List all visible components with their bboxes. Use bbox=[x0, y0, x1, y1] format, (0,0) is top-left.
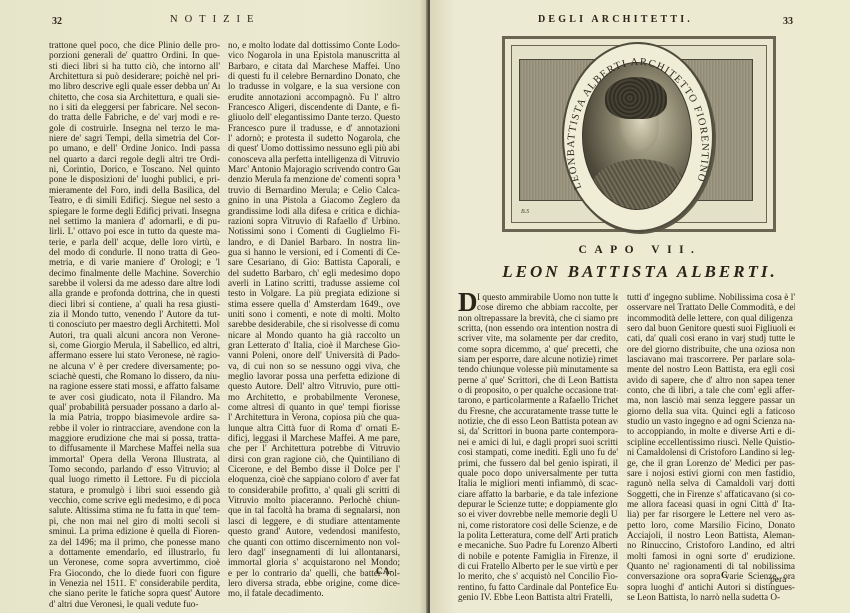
text-line: sare i nojosi estivi giorni con men fast… bbox=[627, 468, 795, 478]
text-line: conto, che di libri, a tale che com' egl… bbox=[627, 385, 795, 395]
text-line: lunque altra Città fuor di Roma d' ornat… bbox=[228, 423, 400, 433]
text-line: no Rinuccino, Cristoforo Landino, ed alt… bbox=[627, 540, 795, 550]
text-line: salute. Altissima stima ne fu fatta in q… bbox=[49, 505, 220, 515]
text-line: no i siti da eleggersi per fabricare. Ne… bbox=[49, 102, 220, 112]
text-line: Notissimi sono i Comenti di Guglielmo Fi… bbox=[228, 226, 400, 236]
text-line: Fra Giocondo, che lo diede fuori con fig… bbox=[49, 568, 220, 578]
text-line: lirli. L' ottavo poi esce in tutto da qu… bbox=[49, 226, 220, 236]
text-line: lo merito, che s' acquistò nel Concilio … bbox=[458, 571, 618, 581]
text-line: come altresì di quanto in que' tempi fio… bbox=[228, 402, 400, 412]
text-line: ciare affatto la barbarie, e da tale inf… bbox=[458, 489, 618, 499]
text-line: to accoppiando, in molte e diverse Arti … bbox=[627, 426, 795, 436]
text-line: lero diversa strada, ebbe origine, come … bbox=[228, 578, 400, 588]
medallion-legend-text: LEONBATTISTA ALBERTI ARCHITETTO FIORENTI… bbox=[564, 44, 712, 230]
text-line: qual' probabilità persuader possano a da… bbox=[49, 402, 220, 412]
text-line: ni, Corintio, Dorico, e Toscano. Nel qui… bbox=[49, 164, 220, 174]
svg-text:LEONBATTISTA ALBERTI ARCHITETT: LEONBATTISTA ALBERTI ARCHITETTO FIORENTI… bbox=[566, 57, 710, 191]
text-line: si, come Giorgio Merula, il Sabellico, e… bbox=[49, 340, 220, 350]
text-line: razioni sopra Vitruvio di Rafaello d' Ur… bbox=[228, 216, 400, 226]
text-line: Acciajoli, il nostro Leon Battista, Alem… bbox=[627, 530, 795, 540]
text-line: Francesco Aligeri, discendente di Dante,… bbox=[228, 102, 400, 112]
text-line: immortal' Opera della Verona Illustrata,… bbox=[49, 454, 220, 464]
text-line: me allora faceasi quasi in ogni Città d'… bbox=[627, 499, 795, 509]
text-line: notizie, che di esso Leon Battista potea… bbox=[458, 416, 618, 426]
text-line: statura, e promulgò i libri suoi essendo… bbox=[49, 485, 220, 495]
text-line: grandissime lodi alla difesa e critica e… bbox=[228, 206, 400, 216]
text-line: scriver vite, ma solamente per dar credi… bbox=[458, 333, 618, 343]
catchword-right: pera bbox=[770, 575, 786, 585]
text-line: denzio Merula fa menzione de' comenti so… bbox=[228, 174, 400, 184]
text-line: nicare al Mondo quanto ha già raccolto u… bbox=[228, 330, 400, 340]
text-line: che per l' Architettura potrebbe di Vitr… bbox=[228, 443, 400, 453]
text-line: molti famosi in ogni sorte d' erudizione… bbox=[627, 551, 795, 561]
engraver-mark: B.S bbox=[521, 209, 529, 215]
text-line: landro, e di Daniel Barbaro. In nostra l… bbox=[228, 237, 400, 247]
text-line: gliuolo dell' elegantissimo Dante terzo.… bbox=[228, 112, 400, 122]
text-line: ni Camaldolensi di Cristoforo Landino si… bbox=[627, 447, 795, 457]
text-line: porzioni generali de' quattro Ordini. In… bbox=[49, 50, 220, 60]
text-line: se Leon Battista, lo narrò nella sudetta… bbox=[627, 592, 795, 602]
text-line: gnino in una Pistola a Giacomo Zeglero d… bbox=[228, 195, 400, 205]
text-line: di nobile e potente Famiglia in Firenze,… bbox=[458, 551, 618, 561]
text-line: ragunò nella selva di Camaldoli varj dot… bbox=[627, 478, 795, 488]
text-line: sciachè questi, che Romano lo dissero, d… bbox=[49, 371, 220, 381]
text-line: sarebbe il volersi da me adesso dare alt… bbox=[49, 278, 220, 288]
text-line: così stampati, come inediti. Egli uno fu… bbox=[458, 447, 618, 457]
text-line: sminuì. La prima edizione è quella di Fi… bbox=[49, 526, 220, 536]
text-line: na ragione essere stati mossi, e affatto… bbox=[49, 381, 220, 391]
text-line: vanni Poleni, onore dell' Università di … bbox=[228, 350, 400, 360]
page-number-left: 32 bbox=[52, 16, 62, 27]
text-line: gole di costruirle. Insegna nel terzo le… bbox=[49, 123, 220, 133]
text-line: e mecaniche. Suo Padre fu Lorenzo Albert… bbox=[458, 540, 618, 550]
text-line: erudite annotazioni accompagnò. Fu l' al… bbox=[228, 92, 400, 102]
text-line: pi, che non mai nel giro di molti secoli… bbox=[49, 516, 220, 526]
text-line: Teatro, e di simili Edificj. Siegue nel … bbox=[49, 195, 220, 205]
text-line: Marc' Antonio Majoragio scrivendo contro… bbox=[228, 164, 400, 174]
text-line: ti conosciuto per maestro degli Architet… bbox=[49, 319, 220, 329]
left-column-1: trattone quel poco, che dice Plinio dell… bbox=[49, 40, 220, 609]
signature-mark: C bbox=[721, 571, 728, 581]
text-line: ge, che il gran Lorenzo de' Medici per p… bbox=[627, 458, 795, 468]
text-line: mente del nostro Leon Battista, era egli… bbox=[627, 364, 795, 374]
text-line: qual luogo rimetto il Lettore. Fu di pic… bbox=[49, 474, 220, 484]
text-line: po umano, e dell' Ordine Jonico. Indi pa… bbox=[49, 143, 220, 153]
text-line: terie, e parla dell' acque, delle loro v… bbox=[49, 237, 220, 247]
text-line: tutti d' ingegno sublime. Nobilissima co… bbox=[627, 292, 795, 302]
text-line: scritta, (non essendo ora intention nost… bbox=[458, 323, 618, 333]
running-head-left: NOTIZIE bbox=[170, 14, 260, 25]
text-line: I questo ammirabile Uomo non tutte le bbox=[458, 292, 618, 302]
text-line: lasciavano mai trascorrere. Per parlare … bbox=[627, 354, 795, 364]
text-line: lero dagl' insegnamenti di lui allontana… bbox=[228, 547, 400, 557]
text-line: genio IV. Ebbe Leon Battista altri Frate… bbox=[458, 592, 618, 602]
text-line: di questi fu il celebre Bernardino Donat… bbox=[228, 71, 400, 81]
text-line: averli in Latino scritti, tradusse assie… bbox=[228, 278, 400, 288]
text-line: si, da' Scrittori in buona parte contemp… bbox=[458, 426, 618, 436]
text-line: di quest' Uomo dottissimo nessuno egli p… bbox=[228, 143, 400, 153]
text-line: sarebbe desiderabile, che si risolvesse … bbox=[228, 319, 400, 329]
right-column-2: tutti d' ingegno sublime. Nobilissima co… bbox=[627, 292, 795, 602]
left-column-2: no, e molto lodate dal dottissimo Conte … bbox=[228, 40, 400, 599]
text-line: quale poco dopo universalmente per tutta bbox=[458, 468, 618, 478]
text-line: uniti sono i comenti, e note di molti. M… bbox=[228, 309, 400, 319]
text-line: meglio lavorar possa una perfetta edizio… bbox=[228, 371, 400, 381]
text-line: ni, come ristoratore così delle Scienze,… bbox=[458, 520, 618, 530]
text-line: pone le disposizioni de' luoghi publici,… bbox=[49, 174, 220, 184]
text-line: Vitruvio molto piaceranno. Perlochè chiu… bbox=[228, 495, 400, 505]
text-line: questo Autore. Dell' altro Vitruvio, pur… bbox=[228, 381, 400, 391]
text-line: o di proposito, o per qualche occasione … bbox=[458, 385, 618, 395]
text-line: questo grand' Autore, vedendosi manifest… bbox=[228, 526, 400, 536]
text-line: truvio di Bernardino Merula; e Celio Cal… bbox=[228, 185, 400, 195]
text-line: chitetto, che cosa sia Architettura, e q… bbox=[49, 92, 220, 102]
text-line: trattone quel poco, che dice Plinio dell… bbox=[49, 40, 220, 50]
text-line: rentino, fu fatto Cardinale dal Pontefic… bbox=[458, 582, 618, 592]
text-line: ne alcuna v' è per credere diversamente;… bbox=[49, 361, 220, 371]
text-line: l' Architettura in Verona, copiosa più c… bbox=[228, 412, 400, 422]
text-line: avido di sapere, che d' altro non sapea … bbox=[627, 375, 795, 385]
text-line: spiegare le forme degli Edificj privati.… bbox=[49, 206, 220, 216]
text-line: incommodità delle lettere, con qual dili… bbox=[627, 313, 795, 323]
text-line: mo Architetto, e probabilmente Veronese, bbox=[228, 392, 400, 402]
text-line: di cui Fratello Alberto per le sue virtù… bbox=[458, 561, 618, 571]
text-line: del modo di condurle. Il nono tratta di … bbox=[49, 247, 220, 257]
text-line: osservare nel Trattato Delle Commodità, … bbox=[627, 302, 795, 312]
chapter-number: CAPO VII. bbox=[430, 244, 850, 256]
text-line: e per lo contrario da' quelli, che batte… bbox=[228, 568, 400, 578]
text-line: a dottamente emendarlo, ed illustrarlo, … bbox=[49, 547, 220, 557]
text-line: nei e amici di lui, e dagli propri suoi … bbox=[458, 437, 618, 447]
portrait-engraving: LEONBATTISTA ALBERTI ARCHITETTO FIORENTI… bbox=[502, 36, 776, 232]
text-line: dificj, leggasi il Marchese Maffei. A me… bbox=[228, 433, 400, 443]
text-line: maggiore erudizione che mai si possa, tr… bbox=[49, 433, 220, 443]
portrait-medallion: LEONBATTISTA ALBERTI ARCHITETTO FIORENTI… bbox=[562, 42, 714, 232]
text-line: alla grande e profonda dottrina, che in … bbox=[49, 288, 220, 298]
text-line: dieci libri si contiene, a' quali ha res… bbox=[49, 299, 220, 309]
text-line: vico Nogarola in una Epistola manuscritt… bbox=[228, 50, 400, 60]
text-line: za del 1496; ma il primo, che ponesse ma… bbox=[49, 537, 220, 547]
text-line: come sopra dicemmo, a' que' precetti, ch… bbox=[458, 344, 618, 354]
text-line: testo in Volgare. La più pregiata edizio… bbox=[228, 288, 400, 298]
text-line: Francesco pure il tradusse, e d' annotaz… bbox=[228, 123, 400, 133]
text-line: mo libro descrive egli quale esser debba… bbox=[49, 81, 220, 91]
text-line: un Veronese, come sopra avvertimmo, cioè bbox=[49, 557, 220, 567]
text-line: cati, da' quali così erano in varj studj… bbox=[627, 333, 795, 343]
left-page: 32 NOTIZIE trattone quel poco, che dice … bbox=[0, 0, 428, 613]
text-line: perne a' que' Scrittori, che di Leon Bat… bbox=[458, 375, 618, 385]
text-line: Tomo secondo, parlando d' esso Vitruvio;… bbox=[49, 464, 220, 474]
right-column-1: I questo ammirabile Uomo non tutte lecos… bbox=[458, 292, 618, 602]
text-line: Italia le migliori menti infiammò, di sc… bbox=[458, 478, 618, 488]
text-line: no, e molto lodate dal dottissimo Conte … bbox=[228, 40, 400, 50]
text-line: d' altri due Veronesi, le quali vedute f… bbox=[49, 599, 220, 609]
text-line: lo tradusse in volgare, e la sua version… bbox=[228, 81, 400, 91]
text-line: lia) per far risorgere le Lettere nel ve… bbox=[627, 509, 795, 519]
text-line: sero dal buon Genitore questi suoi Figli… bbox=[627, 323, 795, 333]
text-line: che quanti con ottimo discernimento non … bbox=[228, 537, 400, 547]
text-line: Quanto ne' ragionamenti di tal nobilissi… bbox=[627, 561, 795, 571]
text-line: Cicerone, e del Bembo disse il Dolce per… bbox=[228, 464, 400, 474]
right-page: DEGLI ARCHITETTI. 33 LEONBATTISTA ALBERT… bbox=[430, 0, 850, 613]
text-line: Barbaro, e citata dal Marchese Maffei. U… bbox=[228, 61, 400, 71]
text-line: gua si hanno le versioni, ed i Comenti d… bbox=[228, 247, 400, 257]
text-line: Architettura si può desiderare; poichè n… bbox=[49, 71, 220, 81]
text-line: nel settimo la maniera d' adornarli, e d… bbox=[49, 216, 220, 226]
text-line: del sudetto Barbaro, ch' egli medesimo d… bbox=[228, 268, 400, 278]
text-line: stima essere quella d' Amsterdam 1649., … bbox=[228, 299, 400, 309]
text-line: tendo chiunque volesse più minutamente s… bbox=[458, 364, 618, 374]
text-line: mieramente del Foro, indi della Basilica… bbox=[49, 185, 220, 195]
text-line: gran Letterato d' Italia, cioè il Marche… bbox=[228, 340, 400, 350]
text-line: che siano perite le fatiche sopra quest'… bbox=[49, 588, 220, 598]
text-line: Soggetti, che in Firenze s' affaticavano… bbox=[627, 489, 795, 499]
text-line: vecchio, come scrive egli medesimo, e di… bbox=[49, 495, 220, 505]
text-line: zia il Mondo tutto, venendo l' Autore da… bbox=[49, 309, 220, 319]
text-line: te aver così giudicato, nota il Filandro… bbox=[49, 392, 220, 402]
text-line: to considerabile profitto, a' quali gli … bbox=[228, 485, 400, 495]
text-line: l' adornò; e protesta il sudetto Nogarol… bbox=[228, 133, 400, 143]
text-line: to diffusamente il Marchese Maffei nella… bbox=[49, 443, 220, 453]
text-line: metria, e di varie maniere d' Orologi; e… bbox=[49, 257, 220, 267]
text-line: nel quarto a darci regole degli altri tr… bbox=[49, 154, 220, 164]
text-line: so ei viver dovrebbe nelle memorie degli… bbox=[458, 509, 618, 519]
text-line: sare Cesariano, di Gio: Battista Caporal… bbox=[228, 257, 400, 267]
text-line: in Venezia nel 1511. E' considerabile pe… bbox=[49, 578, 220, 588]
text-line: la polita Letteratura, come dell' Arti p… bbox=[458, 530, 618, 540]
text-line: rebbe il voler io rintracciare, avendone… bbox=[49, 423, 220, 433]
text-line: la mia Patria, troppo biasimevole ardire… bbox=[49, 412, 220, 422]
text-line: sti dieci libri si ha tutto ciò, che int… bbox=[49, 61, 220, 71]
text-line: conosceva alla perfetta intelligenza di … bbox=[228, 154, 400, 164]
text-line: cose diremo che abbiam raccolte, per bbox=[458, 302, 618, 312]
text-line: scipline eccellentissimo riuscì. Nelle Q… bbox=[627, 437, 795, 447]
text-line: non oltrepassare la brevità, che ci siam… bbox=[458, 313, 618, 323]
text-line: studio un vasto ingegno e ad ogni Scienz… bbox=[627, 416, 795, 426]
text-line: lasci di leggere, e di studiare attentam… bbox=[228, 516, 400, 526]
text-line: primi, che fussero dal bel genio ispirat… bbox=[458, 458, 618, 468]
text-line: ore del giorno distribuite, che una ozio… bbox=[627, 344, 795, 354]
text-line: eloquenza, cioè che sappiano coloro d' a… bbox=[228, 474, 400, 484]
text-line: va, di cui non so se nessuno oggi viva, … bbox=[228, 361, 400, 371]
text-line: depurar le Scienze tutte; e doppiamente … bbox=[458, 499, 618, 509]
text-line: Autori, tra quali alcuni ancora non Vero… bbox=[49, 330, 220, 340]
text-line: ma, non lasciò mai senza leggere passar … bbox=[627, 395, 795, 405]
text-line: niere de' sagri Tempi, della simetria de… bbox=[49, 133, 220, 143]
page-number-right: 33 bbox=[783, 16, 793, 27]
text-line: mo, il fatale decadimento. bbox=[228, 588, 400, 598]
text-line: du Fresne, che accuratamente trasse tutt… bbox=[458, 406, 618, 416]
text-line: affermano essere lui stato Veronese, nè … bbox=[49, 350, 220, 360]
text-line: petto loro, come Marsilio Ficino, Donato bbox=[627, 520, 795, 530]
text-line: dirsi con gran ragione ciò, che Quintili… bbox=[228, 454, 400, 464]
text-line: que in tal facoltà ha brama di segnalars… bbox=[228, 505, 400, 515]
chapter-title: LEON BATTISTA ALBERTI. bbox=[430, 262, 850, 282]
text-line: siam per esporre, dare alcune notizie) r… bbox=[458, 354, 618, 364]
catchword-left: CA- bbox=[376, 567, 393, 577]
text-line: tarono, e particolarmente a Rafaello Tri… bbox=[458, 395, 618, 405]
text-line: immortal gloria s' acquistarono nel Mond… bbox=[228, 557, 400, 567]
running-head-right: DEGLI ARCHITETTI. bbox=[538, 14, 693, 25]
text-line: do tratta delle Fabriche, e de' varj mod… bbox=[49, 112, 220, 122]
text-line: decimo finalmente delle Machine. Soverch… bbox=[49, 268, 220, 278]
text-line: giorno della sua vita. Quinci egli a fat… bbox=[627, 406, 795, 416]
